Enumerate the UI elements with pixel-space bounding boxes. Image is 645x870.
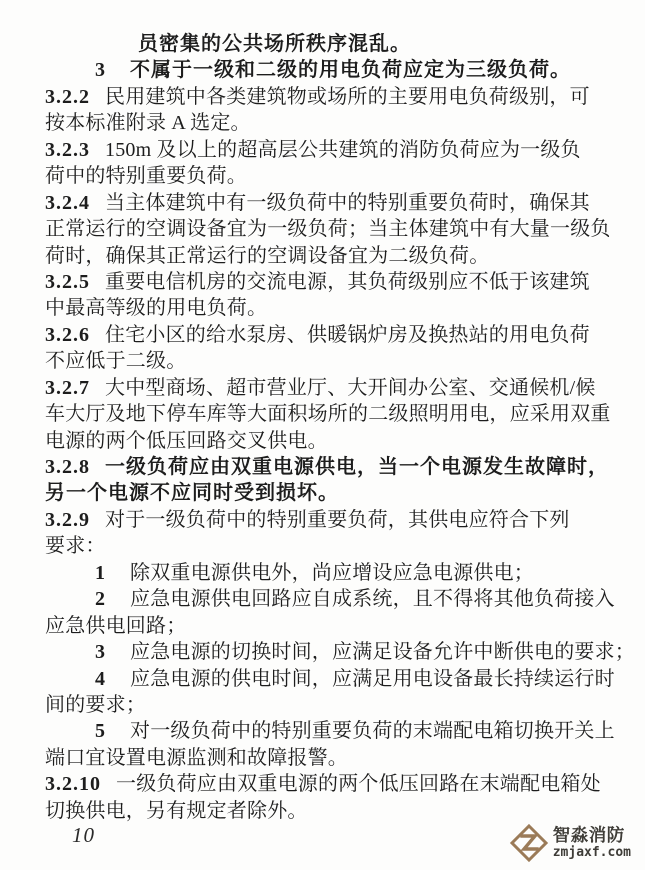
line-text: 一级负荷应由双重电源的两个低压回路在末端配电箱处 xyxy=(116,773,601,795)
line-text: 应急供电回路； xyxy=(45,615,186,637)
line-text: 应急电源的供电时间，应满足用电设备最长持续运行时 xyxy=(130,668,615,690)
line-text: 按本标准附录 A 选定。 xyxy=(45,112,251,134)
line-text: 对于一级负荷中的特别重要负荷，其供电应符合下列 xyxy=(105,509,570,531)
line-text: 当主体建筑中有一级负荷中的特别重要负荷时，确保其 xyxy=(105,192,590,214)
line-text: 除双重电源供电外，尚应增设应急电源供电； xyxy=(130,562,534,584)
line-text: 应急电源的切换时间，应满足设备允许中断供电的要求； xyxy=(130,641,635,663)
clause-number: 3.2.3 xyxy=(45,139,90,161)
watermark-brand: 智淼消防 xyxy=(553,827,631,845)
text-line: 3.2.9对于一级负荷中的特别重要负荷，其供电应符合下列 xyxy=(45,507,620,533)
text-line: 3.2.6住宅小区的给水泵房、供暖锅炉房及换热站的用电负荷 xyxy=(45,322,620,348)
text-line: 车大厅及地下停车库等大面积场所的二级照明用电，应采用双重 xyxy=(45,401,620,427)
clause-number: 3.2.9 xyxy=(45,509,90,531)
line-text: 另一个电源不应同时受到损坏。 xyxy=(45,482,339,504)
line-text: 要求： xyxy=(45,535,106,557)
text-line: 员密集的公共场所秩序混乱。 xyxy=(138,31,620,57)
line-text: 应急电源供电回路应自成系统，且不得将其他负荷接入 xyxy=(130,588,615,610)
text-line: 2应急电源供电回路应自成系统，且不得将其他负荷接入 xyxy=(95,586,620,612)
clause-number: 3.2.10 xyxy=(45,773,101,795)
text-line: 1除双重电源供电外，尚应增设应急电源供电； xyxy=(95,560,620,586)
site-watermark: 智淼消防 zmjaxf.com xyxy=(509,823,631,863)
line-text: 车大厅及地下停车库等大面积场所的二级照明用电，应采用双重 xyxy=(45,403,611,425)
text-line: 3.2.7大中型商场、超市营业厅、大开间办公室、交通候机/候 xyxy=(45,375,620,401)
text-line: 3.2.10一级负荷应由双重电源的两个低压回路在末端配电箱处 xyxy=(45,771,620,797)
text-line: 电源的两个低压回路交叉供电。 xyxy=(45,428,620,454)
line-text: 正常运行的空调设备宜为一级负荷；当主体建筑中有大量一级负 xyxy=(45,218,611,240)
line-text: 150m 及以上的超高层公共建筑的消防负荷应为一级负 xyxy=(105,139,581,161)
text-line: 端口宜设置电源监测和故障报警。 xyxy=(45,745,620,771)
line-text: 重要电信机房的交流电源，其负荷级别应不低于该建筑 xyxy=(105,271,590,293)
clause-number: 3.2.4 xyxy=(45,192,90,214)
line-text: 员密集的公共场所秩序混乱。 xyxy=(138,33,411,55)
text-line: 按本标准附录 A 选定。 xyxy=(45,110,620,136)
watermark-text: 智淼消防 zmjaxf.com xyxy=(553,827,631,860)
text-line: 3.2.4当主体建筑中有一级负荷中的特别重要负荷时，确保其 xyxy=(45,190,620,216)
line-text: 一级负荷应由双重电源供电，当一个电源发生故障时， xyxy=(105,456,609,478)
clause-number: 4 xyxy=(95,668,106,690)
line-text: 对一级负荷中的特别重要负荷的末端配电箱切换开关上 xyxy=(130,720,615,742)
line-text: 民用建筑中各类建筑物或场所的主要用电负荷级别，可 xyxy=(105,86,590,108)
clause-number: 5 xyxy=(95,720,106,742)
line-text: 端口宜设置电源监测和故障报警。 xyxy=(45,747,348,769)
line-text: 大中型商场、超市营业厅、大开间办公室、交通候机/候 xyxy=(105,377,596,399)
line-text: 不应低于二级。 xyxy=(45,350,186,372)
watermark-domain: zmjaxf.com xyxy=(553,846,631,859)
text-line: 4应急电源的供电时间，应满足用电设备最长持续运行时 xyxy=(95,666,620,692)
text-line: 5对一级负荷中的特别重要负荷的末端配电箱切换开关上 xyxy=(95,718,620,744)
text-line: 切换供电，另有规定者除外。 xyxy=(45,798,620,824)
text-line: 荷时，确保其正常运行的空调设备宜为二级负荷。 xyxy=(45,243,620,269)
text-line: 另一个电源不应同时受到损坏。 xyxy=(45,480,620,506)
line-text: 不属于一级和二级的用电负荷应定为三级负荷。 xyxy=(130,59,571,81)
text-line: 荷中的特别重要负荷。 xyxy=(45,163,620,189)
body-text: 员密集的公共场所秩序混乱。3不属于一级和二级的用电负荷应定为三级负荷。3.2.2… xyxy=(45,31,620,824)
clause-number: 1 xyxy=(95,562,106,584)
text-line: 3.2.3150m 及以上的超高层公共建筑的消防负荷应为一级负 xyxy=(45,137,620,163)
text-line: 3.2.5重要电信机房的交流电源，其负荷级别应不低于该建筑 xyxy=(45,269,620,295)
clause-number: 3.2.2 xyxy=(45,86,90,108)
text-line: 要求： xyxy=(45,533,620,559)
diamond-z-logo-icon xyxy=(509,823,549,863)
clause-number: 3.2.6 xyxy=(45,324,90,346)
clause-number: 3 xyxy=(95,59,106,81)
clause-number: 3.2.8 xyxy=(45,456,90,478)
text-line: 不应低于二级。 xyxy=(45,348,620,374)
text-line: 应急供电回路； xyxy=(45,613,620,639)
text-line: 间的要求； xyxy=(45,692,620,718)
document-page: 员密集的公共场所秩序混乱。3不属于一级和二级的用电负荷应定为三级负荷。3.2.2… xyxy=(0,0,645,870)
line-text: 间的要求； xyxy=(45,694,146,716)
page-number: 10 xyxy=(72,823,95,848)
line-text: 切换供电，另有规定者除外。 xyxy=(45,800,308,822)
text-line: 正常运行的空调设备宜为一级负荷；当主体建筑中有大量一级负 xyxy=(45,216,620,242)
text-line: 3.2.2民用建筑中各类建筑物或场所的主要用电负荷级别，可 xyxy=(45,84,620,110)
text-line: 3不属于一级和二级的用电负荷应定为三级负荷。 xyxy=(95,57,620,83)
text-line: 中最高等级的用电负荷。 xyxy=(45,295,620,321)
clause-number: 2 xyxy=(95,588,106,610)
clause-number: 3.2.7 xyxy=(45,377,90,399)
line-text: 住宅小区的给水泵房、供暖锅炉房及换热站的用电负荷 xyxy=(105,324,590,346)
line-text: 中最高等级的用电负荷。 xyxy=(45,297,267,319)
line-text: 荷中的特别重要负荷。 xyxy=(45,165,247,187)
clause-number: 3 xyxy=(95,641,106,663)
line-text: 荷时，确保其正常运行的空调设备宜为二级负荷。 xyxy=(45,245,489,267)
line-text: 电源的两个低压回路交叉供电。 xyxy=(45,430,328,452)
text-line: 3应急电源的切换时间，应满足设备允许中断供电的要求； xyxy=(95,639,620,665)
clause-number: 3.2.5 xyxy=(45,271,90,293)
text-line: 3.2.8一级负荷应由双重电源供电，当一个电源发生故障时， xyxy=(45,454,620,480)
